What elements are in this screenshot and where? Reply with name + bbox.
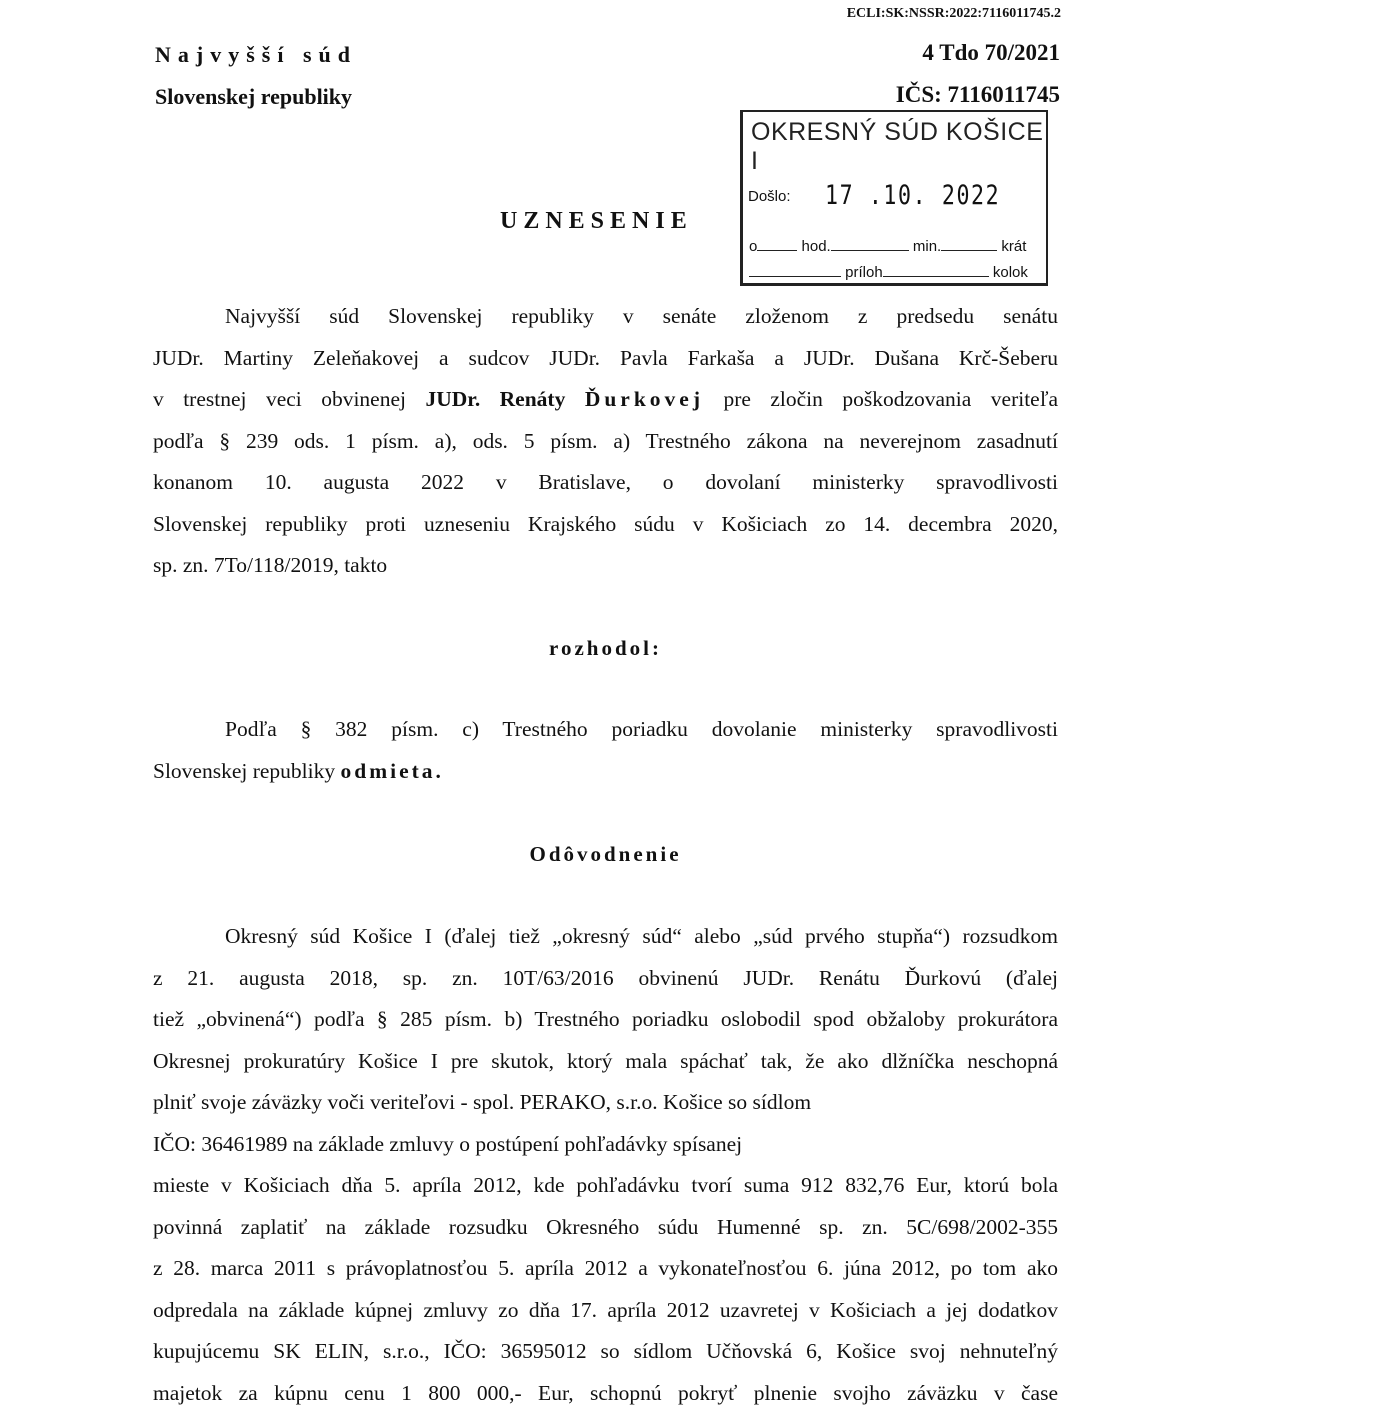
stamp-krat-label: krát (1001, 238, 1026, 255)
reasoning-line: plniť svoje záväzky voči veriteľovi - sp… (153, 1082, 1058, 1124)
stamp-kolok-label: kolok (993, 264, 1028, 281)
reasoning-line: z 28. marca 2011 s právoplatnosťou 5. ap… (153, 1248, 1058, 1290)
intro-line: podľa § 239 ods. 1 písm. a), ods. 5 písm… (153, 421, 1058, 463)
stamp-attachments-row: príloh kolok (749, 264, 1028, 281)
reasoning-paragraph: Okresný súd Košice I (ďalej tiež „okresn… (153, 916, 1058, 1412)
reasoning-line: majetok za kúpnu cenu 1 800 000,- Eur, s… (153, 1373, 1058, 1412)
stamp-priloh-label: príloh (845, 264, 883, 281)
stamp-received-date: 17 .10. 2022 (825, 180, 1000, 211)
stamp-min-label: min. (913, 238, 941, 255)
document-title: UZNESENIE (500, 208, 693, 235)
text-fragment: v trestnej veci obvinenej (153, 387, 425, 411)
decision-line: Slovenskej republiky odmieta. (153, 751, 1058, 793)
court-name: Najvyšší súd (155, 42, 357, 68)
stamp-o-label: o (749, 238, 757, 255)
reasoning-line: Okresnej prokuratúry Košice I pre skutok… (153, 1041, 1058, 1083)
text-fragment: Slovenskej republiky (153, 759, 341, 783)
text-fragment: pre zločin poškodzovania veriteľa (704, 387, 1058, 411)
reasoning-line: povinná zaplatiť na základe rozsudku Okr… (153, 1207, 1058, 1249)
accused-title: JUDr. Renáty (425, 387, 584, 411)
stamp-received-label: Došlo: (748, 188, 791, 205)
reasoning-line: IČO: 36461989 na základe zmluvy o postúp… (153, 1124, 1058, 1166)
accused-surname: Ďurkovej (585, 387, 704, 411)
reasoning-line: odpredala na základe kúpnej zmluvy zo dň… (153, 1290, 1058, 1332)
reasoning-line: kupujúcemu SK ELIN, s.r.o., IČO: 3659501… (153, 1331, 1058, 1373)
reasoning-line: z 21. augusta 2018, sp. zn. 10T/63/2016 … (153, 958, 1058, 1000)
stamp-court-name: OKRESNÝ SÚD KOŠICE I (751, 118, 1046, 176)
decision-verdict: odmieta. (341, 759, 444, 783)
intro-line: sp. zn. 7To/118/2019, takto (153, 545, 1058, 587)
ecli-identifier: ECLI:SK:NSSR:2022:7116011745.2 (817, 6, 1061, 22)
intro-line-accused: v trestnej veci obvinenej JUDr. Renáty Ď… (153, 379, 1058, 421)
stamp-hod-label: hod. (802, 238, 831, 255)
reasoning-line: tiež „obvinená“) podľa § 285 písm. b) Tr… (153, 999, 1058, 1041)
reasoning-line: mieste v Košiciach dňa 5. apríla 2012, k… (153, 1165, 1058, 1207)
stamp-time-row: o hod. min. krát (749, 238, 1026, 255)
intro-line: konanom 10. augusta 2022 v Bratislave, o… (153, 462, 1058, 504)
ics-number: IČS: 7116011745 (800, 82, 1060, 108)
decision-paragraph: Podľa § 382 písm. c) Trestného poriadku … (153, 709, 1058, 792)
intro-line: Najvyšší súd Slovenskej republiky v sená… (153, 296, 1058, 338)
reasoning-heading: Odôvodnenie (153, 842, 1058, 867)
intro-paragraph: Najvyšší súd Slovenskej republiky v sená… (153, 296, 1058, 587)
decision-heading: rozhodol: (153, 636, 1058, 661)
reasoning-line: Okresný súd Košice I (ďalej tiež „okresn… (153, 916, 1058, 958)
receipt-stamp: OKRESNÝ SÚD KOŠICE I Došlo: 17 .10. 2022… (740, 110, 1048, 286)
case-number: 4 Tdo 70/2021 (800, 40, 1060, 66)
intro-line: Slovenskej republiky proti uzneseniu Kra… (153, 504, 1058, 546)
decision-line: Podľa § 382 písm. c) Trestného poriadku … (153, 709, 1058, 751)
intro-line: JUDr. Martiny Zeleňakovej a sudcov JUDr.… (153, 338, 1058, 380)
court-country: Slovenskej republiky (155, 84, 352, 110)
